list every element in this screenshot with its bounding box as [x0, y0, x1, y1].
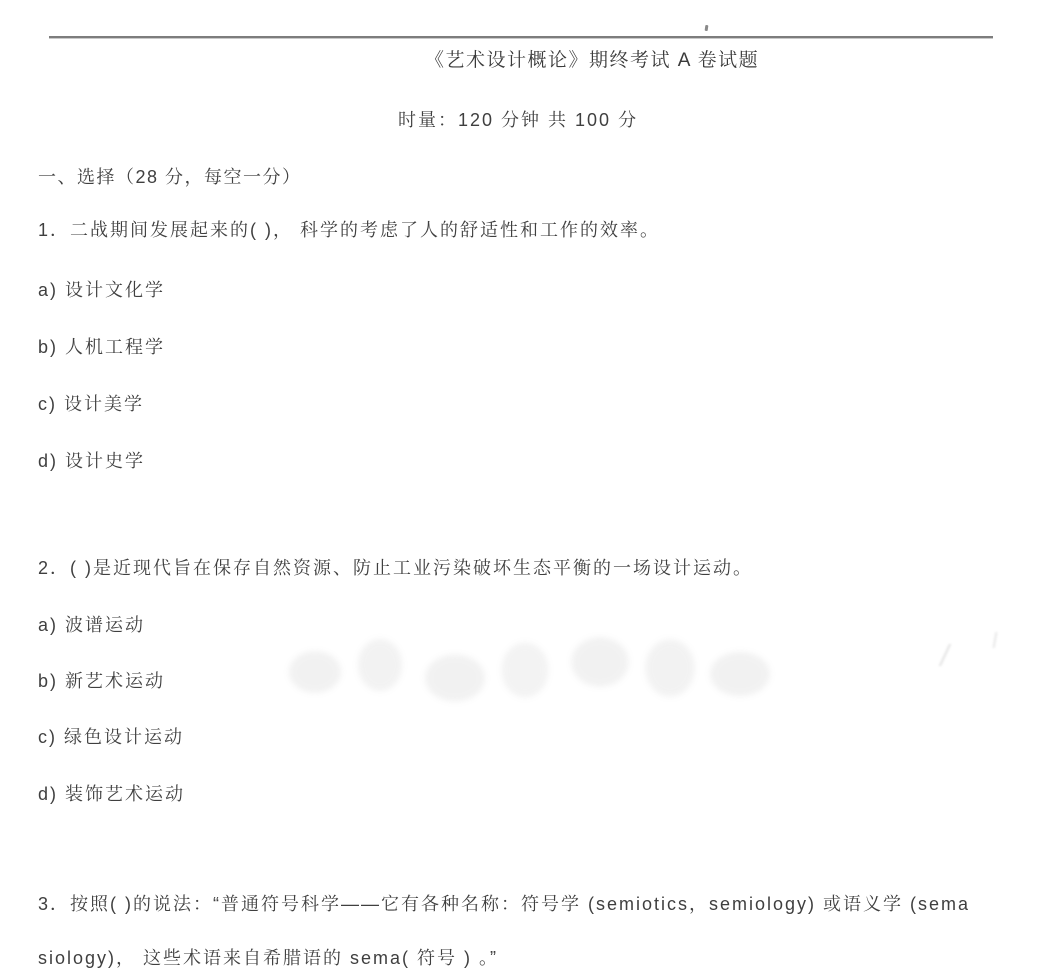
question-2-option-d: d) 装饰艺术运动 [38, 785, 185, 803]
question-1-option-c: c) 设计美学 [38, 395, 144, 413]
header-rule [49, 36, 993, 39]
exam-document-page: 《艺术设计概论》期终考试 A 卷试题 时量：120 分钟 共 100 分 一、选… [0, 0, 1040, 978]
question-1-option-d: d) 设计史学 [38, 452, 145, 470]
question-2-stem: 2．( )是近现代旨在保存自然资源、防止工业污染破坏生态平衡的一场设计运动。 [38, 559, 753, 577]
faded-pencil-marks [930, 632, 1015, 672]
question-3-stem-line-1: 3．按照( )的说法：“普通符号科学——它有各种名称：符号学 (semiotic… [38, 895, 970, 913]
faded-watermark [270, 610, 800, 720]
exam-time-info: 时量：120 分钟 共 100 分 [398, 111, 638, 129]
question-2-option-b: b) 新艺术运动 [38, 672, 165, 690]
exam-title: 《艺术设计概论》期终考试 A 卷试题 [425, 51, 759, 70]
stray-speck [705, 25, 709, 31]
question-3-stem-line-2: siology)， 这些术语来自希腊语的 sema( 符号 ) 。” [38, 949, 498, 967]
question-1-option-a: a) 设计文化学 [38, 281, 165, 299]
question-1-option-b: b) 人机工程学 [38, 338, 165, 356]
question-2-option-c: c) 绿色设计运动 [38, 728, 184, 746]
question-1-stem: 1．二战期间发展起来的( )， 科学的考虑了人的舒适性和工作的效率。 [38, 221, 660, 239]
question-2-option-a: a) 波谱运动 [38, 616, 145, 634]
section-heading: 一、选择（28 分，每空一分） [38, 168, 302, 186]
